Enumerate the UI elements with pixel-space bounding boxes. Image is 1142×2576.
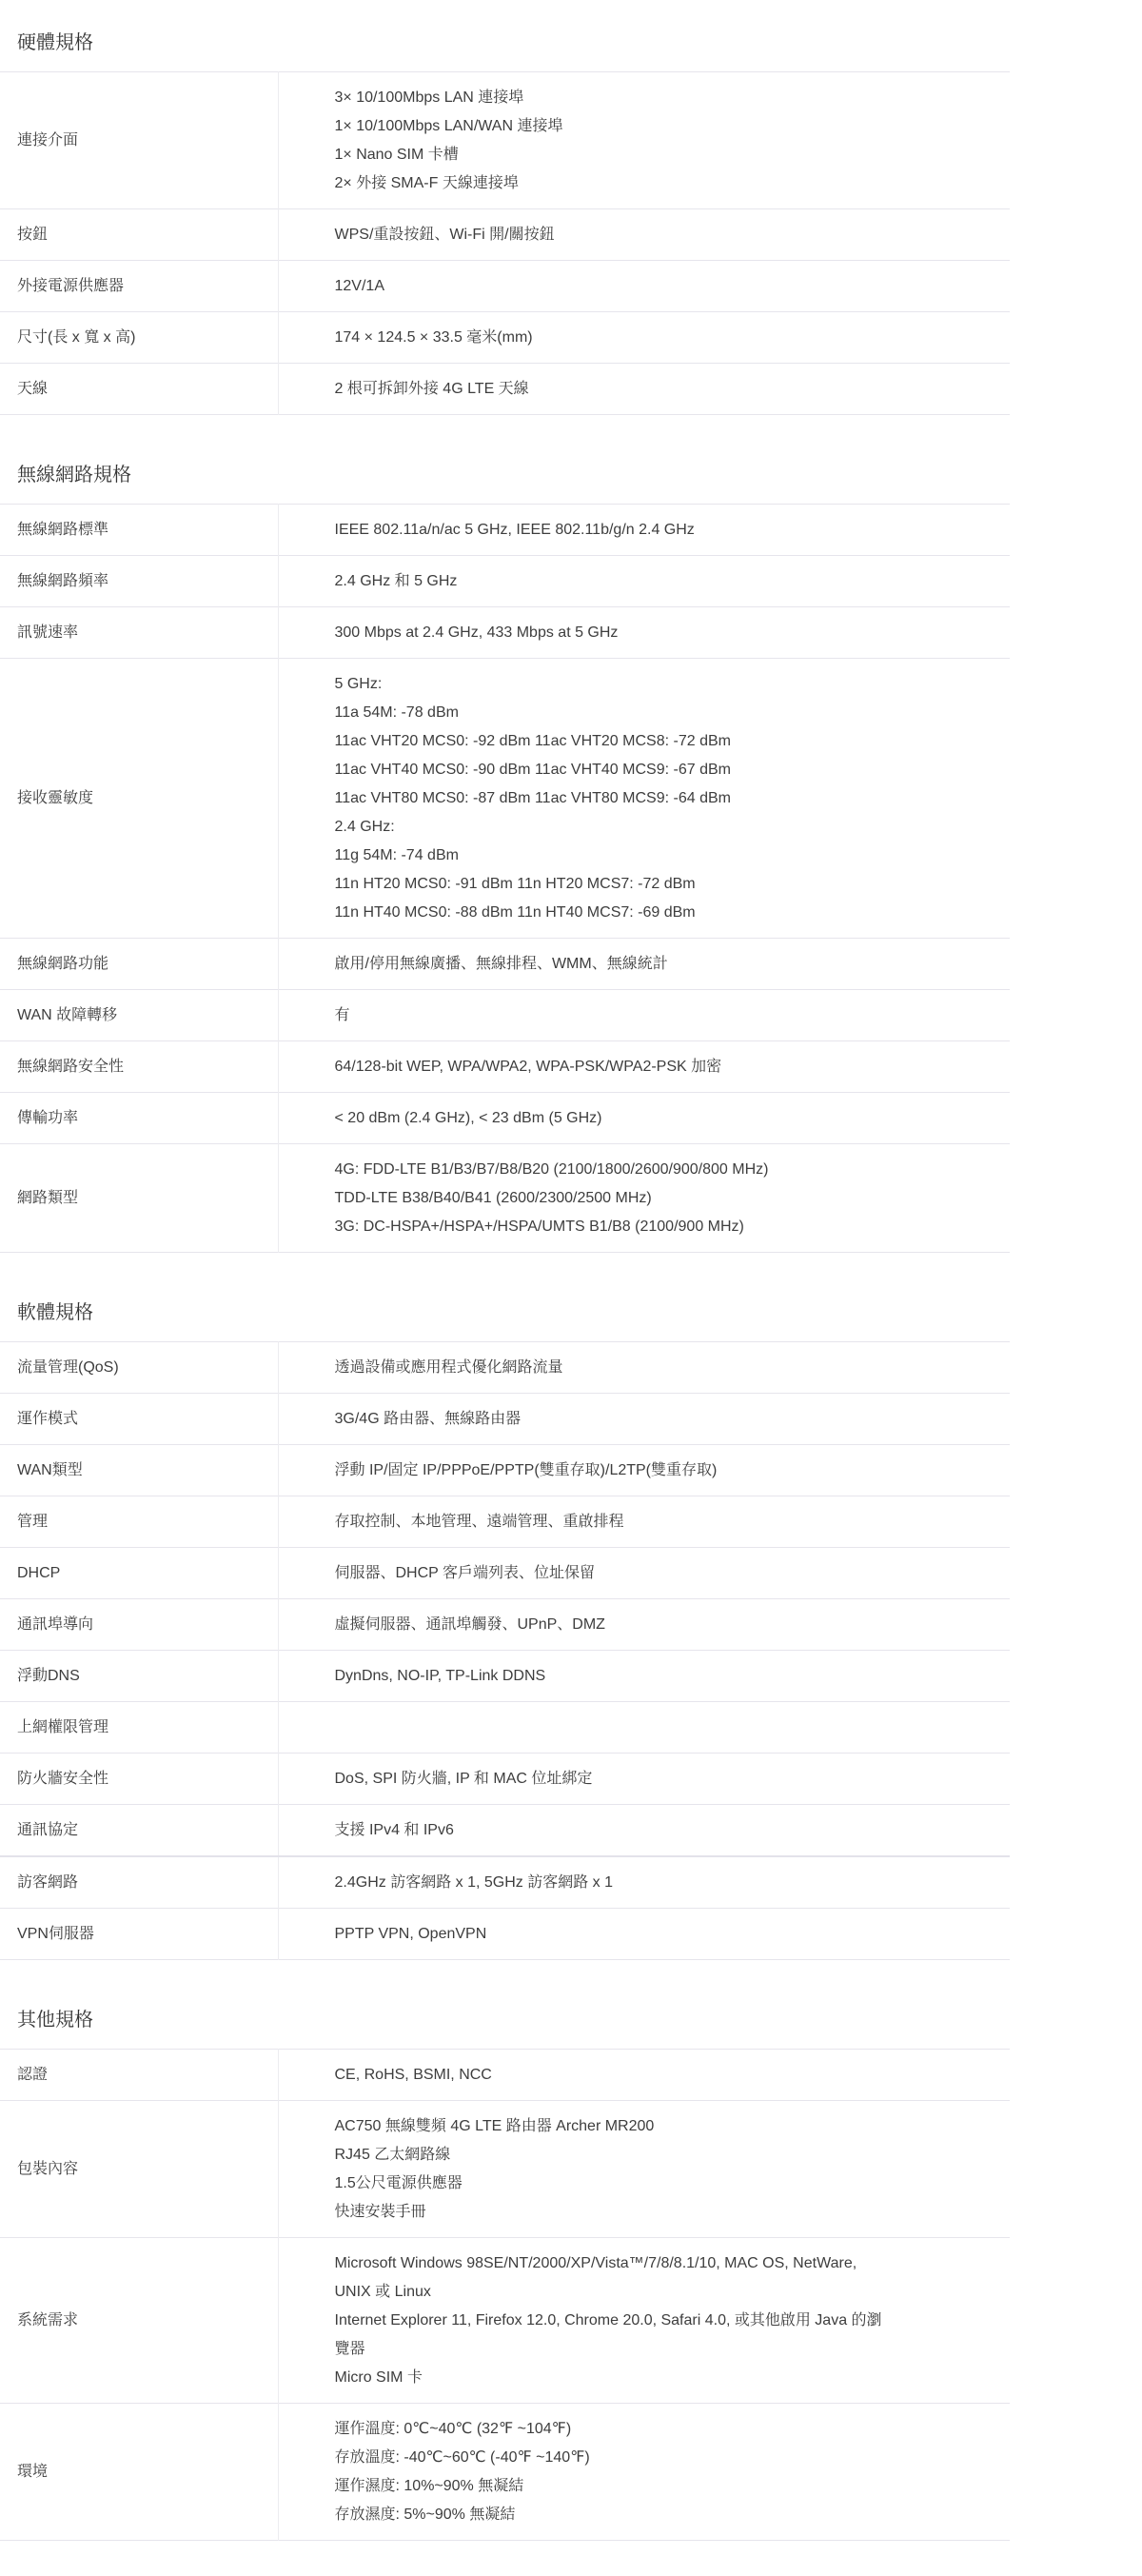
spec-value: 有 <box>278 990 1010 1041</box>
spec-value-lines: 2 根可拆卸外接 4G LTE 天線 <box>335 375 887 404</box>
spec-label: 通訊埠導向 <box>0 1599 278 1651</box>
spec-value-line: 啟用/停用無線廣播、無線排程、WMM、無線統計 <box>335 950 887 979</box>
spec-row: 浮動DNSDynDns, NO-IP, TP-Link DDNS <box>0 1651 1010 1702</box>
spec-row: 接收靈敏度5 GHz:11a 54M: -78 dBm11ac VHT20 MC… <box>0 659 1010 939</box>
spec-value-lines: 浮動 IP/固定 IP/PPPoE/PPTP(雙重存取)/L2TP(雙重存取) <box>335 1456 887 1485</box>
spec-value-lines: DoS, SPI 防火牆, IP 和 MAC 位址綁定 <box>335 1765 887 1793</box>
spec-value-line: 11n HT40 MCS0: -88 dBm 11n HT40 MCS7: -6… <box>335 899 887 927</box>
spec-value: < 20 dBm (2.4 GHz), < 23 dBm (5 GHz) <box>278 1093 1010 1144</box>
spec-label: 按鈕 <box>0 209 278 261</box>
spec-value-line <box>335 1714 887 1742</box>
spec-value-line: DynDns, NO-IP, TP-Link DDNS <box>335 1662 887 1691</box>
spec-row: 運作模式3G/4G 路由器、無線路由器 <box>0 1394 1010 1445</box>
spec-value-line: 11g 54M: -74 dBm <box>335 842 887 870</box>
spec-label: 系統需求 <box>0 2238 278 2404</box>
spec-row: 連接介面3× 10/100Mbps LAN 連接埠1× 10/100Mbps L… <box>0 72 1010 209</box>
spec-value-line: 64/128-bit WEP, WPA/WPA2, WPA-PSK/WPA2-P… <box>335 1053 887 1081</box>
spec-section-hardware: 硬體規格連接介面3× 10/100Mbps LAN 連接埠1× 10/100Mb… <box>0 27 1010 415</box>
spec-value-line: 2× 外接 SMA-F 天線連接埠 <box>335 169 887 198</box>
spec-value: 運作溫度: 0℃~40℃ (32℉ ~104℉)存放溫度: -40℃~60℃ (… <box>278 2404 1010 2541</box>
spec-row: DHCP伺服器、DHCP 客戶端列表、位址保留 <box>0 1548 1010 1599</box>
spec-value-line: DoS, SPI 防火牆, IP 和 MAC 位址綁定 <box>335 1765 887 1793</box>
spec-row: 網路類型4G: FDD-LTE B1/B3/B7/B8/B20 (2100/18… <box>0 1144 1010 1253</box>
spec-value-lines: CE, RoHS, BSMI, NCC <box>335 2061 887 2090</box>
spec-value: 虛擬伺服器、通訊埠觸發、UPnP、DMZ <box>278 1599 1010 1651</box>
spec-row: 無線網路頻率2.4 GHz 和 5 GHz <box>0 556 1010 607</box>
spec-value: 透過設備或應用程式優化網路流量 <box>278 1342 1010 1394</box>
spec-row: 系統需求Microsoft Windows 98SE/NT/2000/XP/Vi… <box>0 2238 1010 2404</box>
spec-row: 尺寸(長 x 寬 x 高)174 × 124.5 × 33.5 毫米(mm) <box>0 312 1010 364</box>
spec-value: 啟用/停用無線廣播、無線排程、WMM、無線統計 <box>278 939 1010 990</box>
spec-value-line: 300 Mbps at 2.4 GHz, 433 Mbps at 5 GHz <box>335 619 887 647</box>
spec-value-line: 存取控制、本地管理、遠端管理、重啟排程 <box>335 1508 887 1536</box>
spec-value-line: 運作濕度: 10%~90% 無凝結 <box>335 2472 887 2501</box>
spec-section-wireless: 無線網路規格無線網路標準IEEE 802.11a/n/ac 5 GHz, IEE… <box>0 459 1010 1253</box>
spec-value-line: RJ45 乙太網路線 <box>335 2141 887 2170</box>
spec-value-line: 存放溫度: -40℃~60℃ (-40℉ ~140℉) <box>335 2444 887 2472</box>
spec-value-line: 3G/4G 路由器、無線路由器 <box>335 1405 887 1434</box>
spec-value-line: 2.4GHz 訪客網路 x 1, 5GHz 訪客網路 x 1 <box>335 1869 887 1897</box>
spec-row: 流量管理(QoS)透過設備或應用程式優化網路流量 <box>0 1342 1010 1394</box>
spec-value-lines: 3× 10/100Mbps LAN 連接埠1× 10/100Mbps LAN/W… <box>335 84 887 198</box>
spec-value-lines: DynDns, NO-IP, TP-Link DDNS <box>335 1662 887 1691</box>
spec-value-lines: < 20 dBm (2.4 GHz), < 23 dBm (5 GHz) <box>335 1104 887 1133</box>
spec-value-lines: 174 × 124.5 × 33.5 毫米(mm) <box>335 324 887 352</box>
spec-value-line: 2.4 GHz: <box>335 813 887 842</box>
spec-value-line: TDD-LTE B38/B40/B41 (2600/2300/2500 MHz) <box>335 1184 887 1213</box>
spec-value-line: 伺服器、DHCP 客戶端列表、位址保留 <box>335 1559 887 1588</box>
spec-value-line: 透過設備或應用程式優化網路流量 <box>335 1354 887 1382</box>
spec-value-line: 11a 54M: -78 dBm <box>335 699 887 727</box>
spec-value-line: 3G: DC-HSPA+/HSPA+/HSPA/UMTS B1/B8 (2100… <box>335 1213 887 1241</box>
spec-value-line: 有 <box>335 1001 887 1030</box>
spec-value-lines: 有 <box>335 1001 887 1030</box>
spec-label: 運作模式 <box>0 1394 278 1445</box>
spec-value-line: 1× Nano SIM 卡槽 <box>335 141 887 169</box>
spec-value-lines: 64/128-bit WEP, WPA/WPA2, WPA-PSK/WPA2-P… <box>335 1053 887 1081</box>
spec-value: 2.4 GHz 和 5 GHz <box>278 556 1010 607</box>
spec-row: 通訊協定支援 IPv4 和 IPv6 <box>0 1805 1010 1857</box>
spec-value: DynDns, NO-IP, TP-Link DDNS <box>278 1651 1010 1702</box>
spec-table: 認證CE, RoHS, BSMI, NCC包裝內容AC750 無線雙頻 4G L… <box>0 2049 1010 2541</box>
spec-value-line: IEEE 802.11a/n/ac 5 GHz, IEEE 802.11b/g/… <box>335 516 887 545</box>
spec-value: 支援 IPv4 和 IPv6 <box>278 1805 1010 1857</box>
spec-value-line: 1× 10/100Mbps LAN/WAN 連接埠 <box>335 112 887 141</box>
spec-row: 防火牆安全性DoS, SPI 防火牆, IP 和 MAC 位址綁定 <box>0 1754 1010 1805</box>
spec-value-lines: 300 Mbps at 2.4 GHz, 433 Mbps at 5 GHz <box>335 619 887 647</box>
spec-row: 訪客網路2.4GHz 訪客網路 x 1, 5GHz 訪客網路 x 1 <box>0 1856 1010 1909</box>
spec-row: 按鈕WPS/重設按鈕、Wi-Fi 開/關按鈕 <box>0 209 1010 261</box>
spec-value: IEEE 802.11a/n/ac 5 GHz, IEEE 802.11b/g/… <box>278 505 1010 556</box>
spec-label: 防火牆安全性 <box>0 1754 278 1805</box>
spec-value-lines: Microsoft Windows 98SE/NT/2000/XP/Vista™… <box>335 2249 887 2392</box>
spec-label: 接收靈敏度 <box>0 659 278 939</box>
spec-value: 伺服器、DHCP 客戶端列表、位址保留 <box>278 1548 1010 1599</box>
spec-value-line: WPS/重設按鈕、Wi-Fi 開/關按鈕 <box>335 221 887 249</box>
spec-value-lines: AC750 無線雙頻 4G LTE 路由器 Archer MR200RJ45 乙… <box>335 2112 887 2227</box>
spec-value-line: AC750 無線雙頻 4G LTE 路由器 Archer MR200 <box>335 2112 887 2141</box>
spec-value-line: Internet Explorer 11, Firefox 12.0, Chro… <box>335 2307 887 2364</box>
spec-label: 通訊協定 <box>0 1805 278 1857</box>
spec-row: 天線2 根可拆卸外接 4G LTE 天線 <box>0 364 1010 415</box>
spec-label: 尺寸(長 x 寬 x 高) <box>0 312 278 364</box>
spec-value: 2.4GHz 訪客網路 x 1, 5GHz 訪客網路 x 1 <box>278 1856 1010 1909</box>
spec-value-lines: WPS/重設按鈕、Wi-Fi 開/關按鈕 <box>335 221 887 249</box>
spec-label: 無線網路頻率 <box>0 556 278 607</box>
spec-label: 傳輸功率 <box>0 1093 278 1144</box>
spec-value: 174 × 124.5 × 33.5 毫米(mm) <box>278 312 1010 364</box>
spec-label: 無線網路標準 <box>0 505 278 556</box>
spec-value: 3× 10/100Mbps LAN 連接埠1× 10/100Mbps LAN/W… <box>278 72 1010 209</box>
spec-value-line: 2 根可拆卸外接 4G LTE 天線 <box>335 375 887 404</box>
spec-row: 包裝內容AC750 無線雙頻 4G LTE 路由器 Archer MR200RJ… <box>0 2101 1010 2238</box>
spec-value-line: 174 × 124.5 × 33.5 毫米(mm) <box>335 324 887 352</box>
spec-value-line: 2.4 GHz 和 5 GHz <box>335 567 887 596</box>
spec-value-line: 4G: FDD-LTE B1/B3/B7/B8/B20 (2100/1800/2… <box>335 1156 887 1184</box>
spec-row: VPN伺服器PPTP VPN, OpenVPN <box>0 1909 1010 1960</box>
spec-label: DHCP <box>0 1548 278 1599</box>
spec-label: 訪客網路 <box>0 1856 278 1909</box>
spec-row: 通訊埠導向虛擬伺服器、通訊埠觸發、UPnP、DMZ <box>0 1599 1010 1651</box>
spec-value-lines: 啟用/停用無線廣播、無線排程、WMM、無線統計 <box>335 950 887 979</box>
spec-value-line: 存放濕度: 5%~90% 無凝結 <box>335 2501 887 2529</box>
spec-value-line: 虛擬伺服器、通訊埠觸發、UPnP、DMZ <box>335 1611 887 1639</box>
spec-value: 4G: FDD-LTE B1/B3/B7/B8/B20 (2100/1800/2… <box>278 1144 1010 1253</box>
spec-value: 浮動 IP/固定 IP/PPPoE/PPTP(雙重存取)/L2TP(雙重存取) <box>278 1445 1010 1496</box>
spec-value-lines: 5 GHz:11a 54M: -78 dBm11ac VHT20 MCS0: -… <box>335 670 887 927</box>
spec-value-lines: 2.4 GHz 和 5 GHz <box>335 567 887 596</box>
spec-table: 流量管理(QoS)透過設備或應用程式優化網路流量運作模式3G/4G 路由器、無線… <box>0 1341 1010 1960</box>
spec-label: 天線 <box>0 364 278 415</box>
spec-value: Microsoft Windows 98SE/NT/2000/XP/Vista™… <box>278 2238 1010 2404</box>
spec-value-lines: PPTP VPN, OpenVPN <box>335 1920 887 1949</box>
spec-row: 上網權限管理 <box>0 1702 1010 1754</box>
spec-value-line: 11ac VHT40 MCS0: -90 dBm 11ac VHT40 MCS9… <box>335 756 887 784</box>
spec-row: 環境運作溫度: 0℃~40℃ (32℉ ~104℉)存放溫度: -40℃~60℃… <box>0 2404 1010 2541</box>
spec-label: 無線網路安全性 <box>0 1041 278 1093</box>
spec-value-lines: 運作溫度: 0℃~40℃ (32℉ ~104℉)存放溫度: -40℃~60℃ (… <box>335 2415 887 2529</box>
section-title: 其他規格 <box>0 2004 1010 2049</box>
spec-value-lines <box>335 1714 887 1742</box>
spec-row: 管理存取控制、本地管理、遠端管理、重啟排程 <box>0 1496 1010 1548</box>
spec-label: WAN 故障轉移 <box>0 990 278 1041</box>
spec-row: WAN 故障轉移有 <box>0 990 1010 1041</box>
spec-value-line: 3× 10/100Mbps LAN 連接埠 <box>335 84 887 112</box>
spec-value-lines: 支援 IPv4 和 IPv6 <box>335 1816 887 1845</box>
spec-value-line: 支援 IPv4 和 IPv6 <box>335 1816 887 1845</box>
spec-value-lines: 4G: FDD-LTE B1/B3/B7/B8/B20 (2100/1800/2… <box>335 1156 887 1241</box>
spec-label: WAN類型 <box>0 1445 278 1496</box>
spec-label: 上網權限管理 <box>0 1702 278 1754</box>
spec-value-line: PPTP VPN, OpenVPN <box>335 1920 887 1949</box>
spec-row: WAN類型浮動 IP/固定 IP/PPPoE/PPTP(雙重存取)/L2TP(雙… <box>0 1445 1010 1496</box>
spec-value-line: 運作溫度: 0℃~40℃ (32℉ ~104℉) <box>335 2415 887 2444</box>
spec-value-lines: 2.4GHz 訪客網路 x 1, 5GHz 訪客網路 x 1 <box>335 1869 887 1897</box>
spec-value-lines: 伺服器、DHCP 客戶端列表、位址保留 <box>335 1559 887 1588</box>
spec-table: 無線網路標準IEEE 802.11a/n/ac 5 GHz, IEEE 802.… <box>0 504 1010 1253</box>
spec-row: 傳輸功率< 20 dBm (2.4 GHz), < 23 dBm (5 GHz) <box>0 1093 1010 1144</box>
spec-label: 環境 <box>0 2404 278 2541</box>
spec-label: 浮動DNS <box>0 1651 278 1702</box>
spec-section-other: 其他規格認證CE, RoHS, BSMI, NCC包裝內容AC750 無線雙頻 … <box>0 2004 1010 2541</box>
spec-value-line: 5 GHz: <box>335 670 887 699</box>
spec-label: 連接介面 <box>0 72 278 209</box>
spec-row: 無線網路標準IEEE 802.11a/n/ac 5 GHz, IEEE 802.… <box>0 505 1010 556</box>
spec-value: 12V/1A <box>278 261 1010 312</box>
spec-label: 外接電源供應器 <box>0 261 278 312</box>
spec-value: 5 GHz:11a 54M: -78 dBm11ac VHT20 MCS0: -… <box>278 659 1010 939</box>
spec-value-lines: 透過設備或應用程式優化網路流量 <box>335 1354 887 1382</box>
spec-value-line: 11ac VHT20 MCS0: -92 dBm 11ac VHT20 MCS8… <box>335 727 887 756</box>
spec-value-line: 11ac VHT80 MCS0: -87 dBm 11ac VHT80 MCS9… <box>335 784 887 813</box>
spec-value-line: 1.5公尺電源供應器 <box>335 2170 887 2198</box>
spec-value: PPTP VPN, OpenVPN <box>278 1909 1010 1960</box>
spec-value: 2 根可拆卸外接 4G LTE 天線 <box>278 364 1010 415</box>
spec-value-line: Microsoft Windows 98SE/NT/2000/XP/Vista™… <box>335 2249 887 2307</box>
spec-value-line: < 20 dBm (2.4 GHz), < 23 dBm (5 GHz) <box>335 1104 887 1133</box>
spec-value: CE, RoHS, BSMI, NCC <box>278 2050 1010 2101</box>
spec-label: 管理 <box>0 1496 278 1548</box>
spec-label: VPN伺服器 <box>0 1909 278 1960</box>
spec-value: 3G/4G 路由器、無線路由器 <box>278 1394 1010 1445</box>
spec-value-line: 12V/1A <box>335 272 887 301</box>
spec-value-lines: 虛擬伺服器、通訊埠觸發、UPnP、DMZ <box>335 1611 887 1639</box>
spec-value-line: 11n HT20 MCS0: -91 dBm 11n HT20 MCS7: -7… <box>335 870 887 899</box>
spec-label: 流量管理(QoS) <box>0 1342 278 1394</box>
spec-value-line: CE, RoHS, BSMI, NCC <box>335 2061 887 2090</box>
specifications-page: 硬體規格連接介面3× 10/100Mbps LAN 連接埠1× 10/100Mb… <box>0 0 1010 2541</box>
spec-value-lines: 12V/1A <box>335 272 887 301</box>
spec-value-lines: 存取控制、本地管理、遠端管理、重啟排程 <box>335 1508 887 1536</box>
spec-label: 認證 <box>0 2050 278 2101</box>
spec-label: 網路類型 <box>0 1144 278 1253</box>
spec-value: AC750 無線雙頻 4G LTE 路由器 Archer MR200RJ45 乙… <box>278 2101 1010 2238</box>
spec-section-software: 軟體規格流量管理(QoS)透過設備或應用程式優化網路流量運作模式3G/4G 路由… <box>0 1297 1010 1960</box>
spec-value: 64/128-bit WEP, WPA/WPA2, WPA-PSK/WPA2-P… <box>278 1041 1010 1093</box>
section-title: 硬體規格 <box>0 27 1010 71</box>
spec-value-lines: 3G/4G 路由器、無線路由器 <box>335 1405 887 1434</box>
spec-value: 存取控制、本地管理、遠端管理、重啟排程 <box>278 1496 1010 1548</box>
spec-value: 300 Mbps at 2.4 GHz, 433 Mbps at 5 GHz <box>278 607 1010 659</box>
spec-row: 無線網路功能啟用/停用無線廣播、無線排程、WMM、無線統計 <box>0 939 1010 990</box>
spec-row: 訊號速率300 Mbps at 2.4 GHz, 433 Mbps at 5 G… <box>0 607 1010 659</box>
spec-label: 包裝內容 <box>0 2101 278 2238</box>
spec-label: 無線網路功能 <box>0 939 278 990</box>
section-title: 軟體規格 <box>0 1297 1010 1341</box>
spec-row: 認證CE, RoHS, BSMI, NCC <box>0 2050 1010 2101</box>
spec-value: WPS/重設按鈕、Wi-Fi 開/關按鈕 <box>278 209 1010 261</box>
spec-table: 連接介面3× 10/100Mbps LAN 連接埠1× 10/100Mbps L… <box>0 71 1010 415</box>
spec-value-line: 浮動 IP/固定 IP/PPPoE/PPTP(雙重存取)/L2TP(雙重存取) <box>335 1456 887 1485</box>
spec-value: DoS, SPI 防火牆, IP 和 MAC 位址綁定 <box>278 1754 1010 1805</box>
spec-value-line: Micro SIM 卡 <box>335 2364 887 2392</box>
spec-value-line: 快速安裝手冊 <box>335 2198 887 2227</box>
spec-value-lines: IEEE 802.11a/n/ac 5 GHz, IEEE 802.11b/g/… <box>335 516 887 545</box>
spec-row: 外接電源供應器12V/1A <box>0 261 1010 312</box>
spec-row: 無線網路安全性64/128-bit WEP, WPA/WPA2, WPA-PSK… <box>0 1041 1010 1093</box>
section-title: 無線網路規格 <box>0 459 1010 504</box>
spec-label: 訊號速率 <box>0 607 278 659</box>
spec-value <box>278 1702 1010 1754</box>
